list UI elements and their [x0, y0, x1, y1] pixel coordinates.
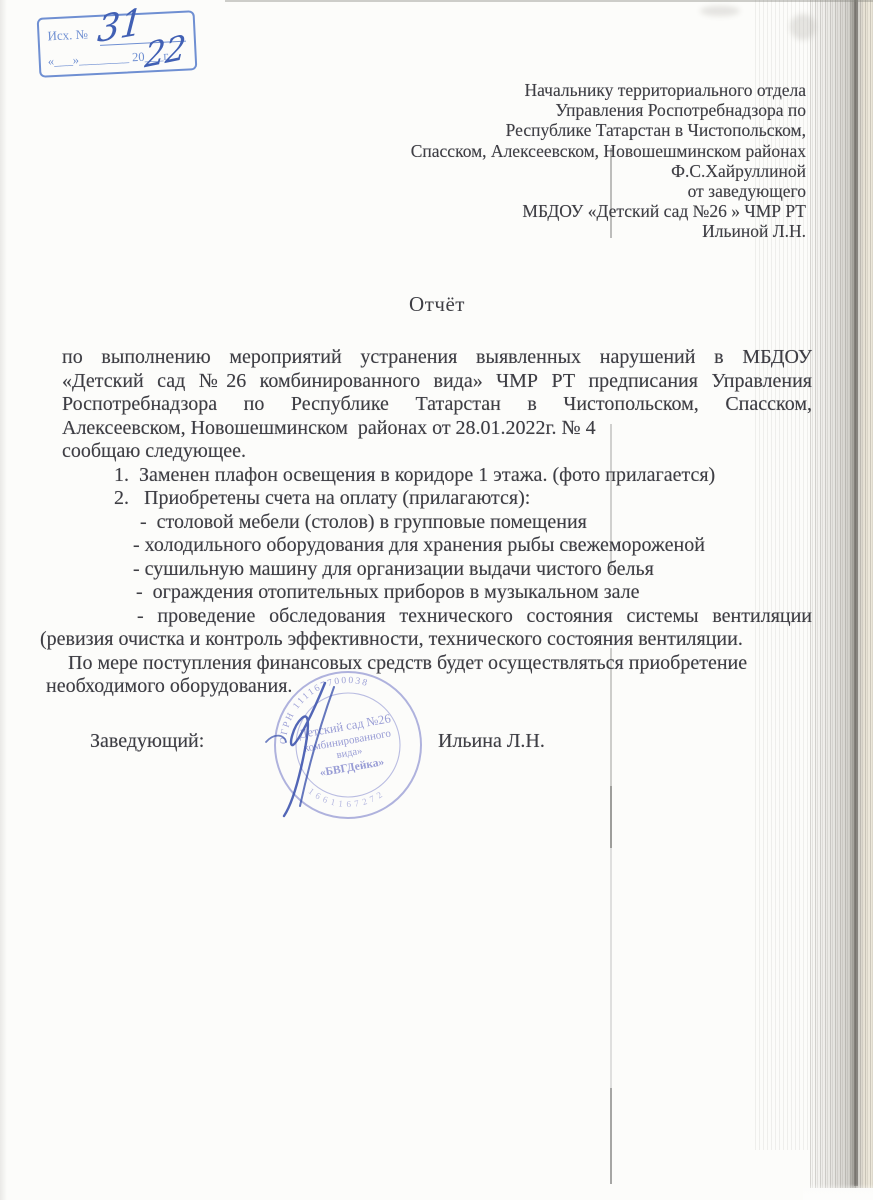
list-subitem: - столовой мебели (столов) в групповые п…: [140, 511, 587, 535]
handwritten-number: 31: [96, 1, 144, 51]
body-line: по выполнению мероприятий устранения выя…: [62, 346, 812, 370]
header-line: Спасском, Алексеевском, Новошешминском р…: [280, 141, 806, 161]
body-line: Алексеевском, Новошешминском районах от …: [62, 417, 596, 441]
body-line: «Детский сад №26 комбинированного вида» …: [62, 370, 812, 394]
body-line: (ревизия очистка и контроль эффективност…: [40, 628, 743, 652]
fold-line: [610, 848, 612, 1088]
list-item: 1. Заменен плафон освещения в коридоре 1…: [114, 464, 715, 488]
handwritten-signature: [250, 665, 380, 835]
list-subitem: - ограждения отопительных приборов в муз…: [136, 581, 640, 605]
body-line: сообщаю следующее.: [62, 440, 246, 464]
scan-left-edge: [0, 0, 7, 1200]
document-title: Отчёт: [62, 292, 812, 317]
header-line: МБДОУ «Детский сад №26 » ЧМР РТ: [280, 201, 806, 221]
header-addressee: Начальнику территориального отдела Управ…: [280, 80, 806, 242]
header-line: от заведующего: [280, 181, 806, 201]
list-subitem: - проведение обследования технического с…: [137, 605, 812, 629]
scan-smudge: [790, 14, 816, 40]
signature-role: Заведующий:: [90, 730, 204, 754]
body-line: Роспотребнадзора по Республике Татарстан…: [62, 393, 812, 417]
header-line: Ф.С.Хайруллиной: [280, 161, 806, 181]
header-line: Ильиной Л.Н.: [280, 221, 806, 241]
handwritten-year: 22: [143, 27, 187, 76]
scan-edge-artifact: [810, 0, 873, 1188]
header-line: Республике Татарстан в Чистопольском,: [280, 120, 806, 140]
header-line: Начальнику территориального отдела: [280, 80, 806, 100]
incoming-stamp: Исх. № «___»________ 20___г. 31 22: [37, 10, 198, 78]
fold-line: [610, 786, 612, 848]
scan-top-edge: [225, 0, 873, 2]
scan-edge-fade: [803, 1184, 873, 1200]
fold-line: [610, 1088, 612, 1184]
list-subitem: - холодильного оборудования для хранения…: [133, 534, 705, 558]
list-item: 2. Приобретены счета на оплату (прилагаю…: [114, 487, 530, 511]
scanned-document-page: Исх. № «___»________ 20___г. 31 22 Начал…: [0, 0, 873, 1200]
scan-smudge: [700, 6, 740, 16]
list-subitem: - сушильную машину для организации выдач…: [133, 558, 654, 582]
incoming-stamp-label: Исх. №: [47, 26, 88, 44]
header-line: Управления Роспотребнадзора по: [280, 100, 806, 120]
signature-name: Ильина Л.Н.: [438, 730, 545, 754]
scan-edge-line: [854, 0, 858, 1186]
